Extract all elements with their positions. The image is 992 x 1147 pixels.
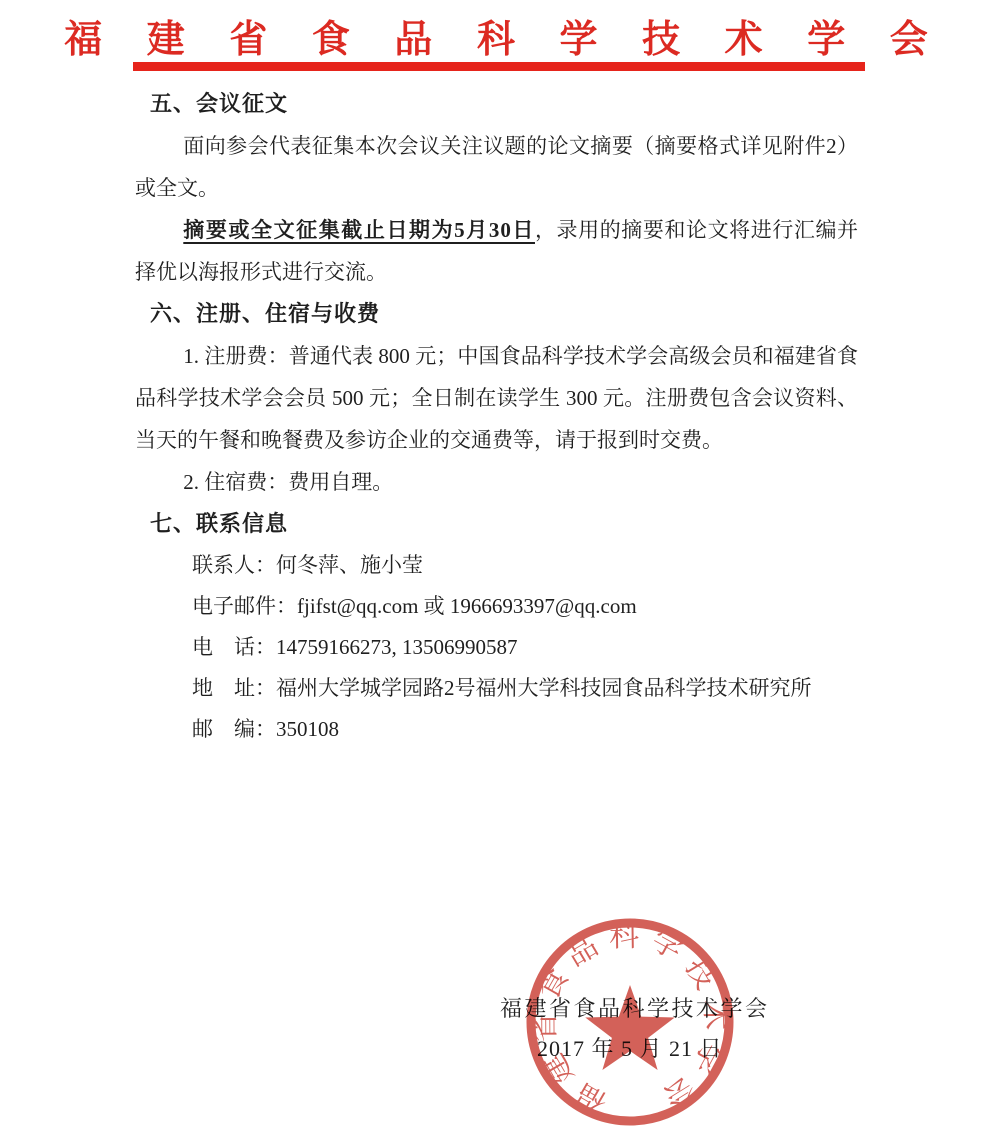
contact-label: 电子邮件： (192, 594, 297, 618)
letterhead-title: 福 建 省 食 品 科 学 技 术 学 会 (0, 8, 992, 63)
contact-row-postcode: 邮 编：350108 (192, 709, 858, 750)
paragraph-registration-fee: 1. 注册费：普通代表 800 元；中国食品科学技术学会高级会员和福建省食品科学… (135, 335, 858, 461)
contact-row-email: 电子邮件：fjifst@qq.com 或 1966693397@qq.com (192, 586, 858, 627)
paragraph-text: 1. 注册费：普通代表 800 元；中国食品科学技术学会高级会员和福建省食品科学… (135, 344, 858, 452)
contact-label: 地 址： (192, 676, 276, 700)
contact-value: 何冬萍、施小莹 (276, 553, 423, 577)
contact-row-address: 地 址：福州大学城学园路2号福州大学科技园食品科学技术研究所 (192, 668, 858, 709)
signature-org: 福建省食品科学技术学会 (500, 992, 770, 1023)
section-heading-registration: 六、注册、住宿与收费 (150, 293, 858, 335)
section-heading-call-for-papers: 五、会议征文 (150, 83, 858, 125)
deadline-emphasis-text: 摘要或全文征集截止日期为5月30日 (183, 218, 535, 242)
contact-row-person: 联系人：何冬萍、施小莹 (192, 545, 858, 586)
paragraph-text: 2. 住宿费：费用自理。 (183, 470, 393, 494)
contact-value: 350108 (276, 717, 339, 741)
document-page: 福 建 省 食 品 科 学 技 术 学 会 五、会议征文 面向参会代表征集本次会… (0, 0, 992, 1147)
contact-label: 联系人： (192, 553, 276, 577)
contact-label: 电 话： (192, 635, 276, 659)
paragraph-call-for-papers: 面向参会代表征集本次会议关注议题的论文摘要（摘要格式详见附件2）或全文。 (135, 125, 858, 209)
document-body: 五、会议征文 面向参会代表征集本次会议关注议题的论文摘要（摘要格式详见附件2）或… (135, 83, 858, 750)
contact-label: 邮 编： (192, 717, 276, 741)
paragraph-text: 面向参会代表征集本次会议关注议题的论文摘要（摘要格式详见附件2）或全文。 (135, 134, 858, 200)
contact-row-phone: 电 话：14759166273, 13506990587 (192, 627, 858, 668)
contact-value: 14759166273, 13506990587 (276, 635, 518, 659)
section-heading-contact: 七、联系信息 (150, 503, 858, 545)
signature-date: 2017 年 5 月 21 日 (537, 1032, 723, 1063)
contact-value: 福州大学城学园路2号福州大学科技园食品科学技术研究所 (276, 676, 812, 700)
contact-value: fjifst@qq.com 或 1966693397@qq.com (297, 594, 637, 618)
contact-block: 联系人：何冬萍、施小莹 电子邮件：fjifst@qq.com 或 1966693… (135, 545, 858, 750)
paragraph-deadline: 摘要或全文征集截止日期为5月30日，录用的摘要和论文将进行汇编并择优以海报形式进… (135, 209, 858, 293)
letterhead-rule (133, 62, 865, 71)
paragraph-accommodation-fee: 2. 住宿费：费用自理。 (135, 461, 858, 503)
